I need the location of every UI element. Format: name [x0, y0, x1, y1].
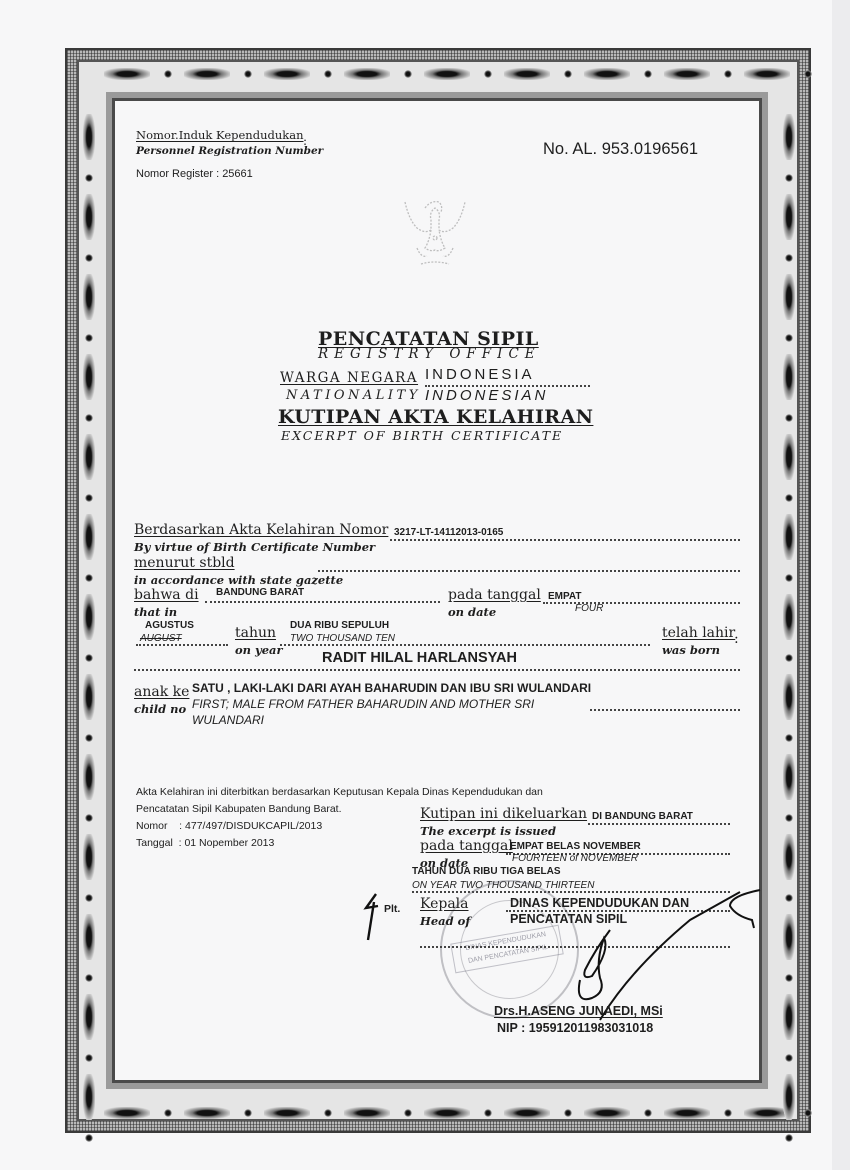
border-ornament	[83, 830, 95, 884]
border-ornament	[180, 68, 234, 80]
border-dot	[324, 70, 332, 78]
page-edge-shadow	[832, 0, 850, 1170]
issued-year-value: TAHUN DUA RIBU TIGA BELAS	[412, 866, 561, 877]
cert-number-label: Berdasarkan Akta Kelahiran Nomor	[134, 522, 388, 538]
border-dot	[324, 1109, 332, 1117]
border-dot	[785, 1054, 793, 1062]
decree-number: Nomor : 477/497/DISDUKCAPIL/2013	[136, 820, 322, 832]
born-colon: :	[734, 631, 739, 647]
nationality-label: WARGA NEGARA	[280, 370, 418, 386]
border-ornament	[83, 510, 95, 564]
border-ornament	[340, 1107, 394, 1119]
border-dot	[85, 1134, 93, 1142]
border-dot	[785, 894, 793, 902]
border-dot	[724, 1109, 732, 1117]
issued-place: DI BANDUNG BARAT	[592, 811, 693, 822]
border-ornament	[580, 1107, 634, 1119]
month-value: AGUSTUS	[145, 620, 194, 631]
place-dots	[205, 601, 440, 603]
border-dot	[724, 70, 732, 78]
border-ornament	[783, 830, 795, 884]
document-title: KUTIPAN AKTA KELAHIRAN	[278, 406, 593, 428]
border-ornament	[420, 68, 474, 80]
child-no-label: anak ke	[134, 684, 189, 700]
border-ornament	[783, 510, 795, 564]
nationality-value-en: INDONESIAN	[425, 387, 548, 404]
cert-number-value: 3217-LT-14112013-0165	[394, 527, 503, 538]
stbld-label-en: in accordance with state gazette	[134, 573, 343, 587]
border-ornament	[783, 750, 795, 804]
border-ornament	[783, 990, 795, 1044]
border-ornament	[260, 1107, 314, 1119]
border-dot	[484, 70, 492, 78]
official-nip: NIP : 195912011983031018	[497, 1021, 653, 1035]
border-ornament	[100, 1107, 154, 1119]
issued-date-value-en: FOURTEEN of NOVEMBER	[512, 853, 638, 864]
issuance-basis-line2: Pencatatan Sipil Kabupaten Bandung Barat…	[136, 803, 342, 815]
registry-office-title-en: REGISTRY OFFICE	[318, 346, 541, 362]
border-dot	[85, 574, 93, 582]
nationality-value: INDONESIA	[425, 366, 535, 383]
border-ornament	[783, 430, 795, 484]
border-ornament	[83, 270, 95, 324]
nik-label-en: Personnel Registration Number	[136, 145, 323, 157]
border-ornament	[420, 1107, 474, 1119]
border-dot	[785, 974, 793, 982]
border-ornament	[783, 190, 795, 244]
border-dot	[244, 70, 252, 78]
place-value: BANDUNG BARAT	[216, 587, 304, 598]
border-dot	[85, 814, 93, 822]
border-ornament	[580, 68, 634, 80]
border-ornament	[83, 590, 95, 644]
stbld-label: menurut stbld	[134, 555, 235, 571]
year-dots	[280, 644, 650, 646]
document-title-en: EXCERPT OF BIRTH CERTIFICATE	[281, 428, 563, 443]
border-ornament	[83, 110, 95, 164]
border-dot	[785, 814, 793, 822]
garuda-emblem-icon	[395, 190, 475, 270]
year-value-en: TWO THOUSAND TEN	[290, 633, 395, 644]
child-no-value: SATU , LAKI-LAKI DARI AYAH BAHARUDIN DAN…	[192, 681, 591, 695]
child-no-value-en-1: FIRST; MALE FROM FATHER BAHARUDIN AND MO…	[192, 697, 534, 711]
border-dot	[785, 654, 793, 662]
border-dot	[244, 1109, 252, 1117]
issuance-basis-line1: Akta Kelahiran ini diterbitkan berdasark…	[136, 786, 543, 798]
border-dot	[85, 734, 93, 742]
child-no-label-en: child no	[134, 702, 186, 716]
place-label-en: that in	[134, 605, 177, 619]
stbld-dots	[318, 570, 740, 572]
border-dot	[564, 70, 572, 78]
register-number: Nomor Register : 25661	[136, 168, 253, 180]
head-label-en: Head of	[420, 914, 470, 928]
border-dot	[785, 1134, 793, 1142]
border-ornament	[83, 750, 95, 804]
border-dot	[85, 494, 93, 502]
border-dot	[785, 574, 793, 582]
place-label: bahwa di	[134, 587, 199, 603]
border-dot	[785, 174, 793, 182]
border-dot	[85, 974, 93, 982]
nik-label: Nomor.Induk Kependudukan	[136, 128, 303, 142]
border-dot	[644, 70, 652, 78]
date-value: EMPAT	[548, 591, 582, 602]
born-label: telah lahir	[662, 625, 735, 641]
border-dot	[164, 70, 172, 78]
border-dot	[804, 70, 812, 78]
plt-label: Plt.	[384, 903, 400, 915]
border-dot	[785, 414, 793, 422]
month-value-en: AUGUST	[140, 633, 182, 644]
cert-number-label-en: By virtue of Birth Certificate Number	[134, 540, 375, 554]
border-dot	[484, 1109, 492, 1117]
border-dot	[85, 254, 93, 262]
issued-label: Kutipan ini dikeluarkan	[420, 806, 587, 822]
child-name-dots	[134, 669, 740, 671]
border-ornament	[100, 68, 154, 80]
border-ornament	[660, 1107, 714, 1119]
issued-date-value: EMPAT BELAS NOVEMBER	[510, 841, 641, 852]
year-label-en: on year	[235, 643, 283, 657]
border-ornament	[83, 910, 95, 964]
border-dot	[804, 1109, 812, 1117]
certificate-number: No. AL. 953.0196561	[543, 140, 698, 159]
plt-mark-icon	[362, 892, 382, 942]
date-dots	[543, 602, 740, 604]
border-dot	[785, 734, 793, 742]
cert-number-dots	[390, 539, 740, 541]
border-ornament	[500, 1107, 554, 1119]
child-no-dots	[590, 709, 740, 711]
border-dot	[564, 1109, 572, 1117]
border-dot	[85, 334, 93, 342]
issued-place-dots	[588, 823, 730, 825]
nik-colon: :	[303, 134, 307, 148]
border-dot	[785, 254, 793, 262]
border-dot	[164, 1109, 172, 1117]
border-dot	[85, 894, 93, 902]
border-dot	[644, 1109, 652, 1117]
date-value-en: FOUR	[575, 603, 603, 614]
date-label: pada tanggal	[448, 587, 541, 603]
border-ornament	[83, 1070, 95, 1124]
child-no-value-en-2: WULANDARI	[192, 713, 264, 727]
border-ornament	[500, 68, 554, 80]
year-value: DUA RIBU SEPULUH	[290, 620, 389, 631]
border-dot	[404, 1109, 412, 1117]
border-ornament	[783, 110, 795, 164]
month-dots	[136, 644, 228, 646]
border-dot	[85, 654, 93, 662]
issued-date-label: pada tanggal	[420, 838, 513, 854]
border-ornament	[740, 68, 794, 80]
border-ornament	[783, 590, 795, 644]
border-ornament	[180, 1107, 234, 1119]
decree-date: Tanggal : 01 Nopember 2013	[136, 837, 274, 849]
date-label-en: on date	[448, 605, 496, 619]
border-dot	[85, 174, 93, 182]
issued-label-en: The excerpt is issued	[420, 824, 556, 838]
child-name: RADIT HILAL HARLANSYAH	[322, 650, 517, 666]
border-ornament	[83, 350, 95, 404]
border-ornament	[783, 670, 795, 724]
head-label: Kepala	[420, 896, 469, 912]
border-ornament	[783, 270, 795, 324]
official-name: Drs.H.ASENG JUNAEDI, MSi	[494, 1004, 663, 1018]
border-ornament	[83, 670, 95, 724]
border-ornament	[83, 990, 95, 1044]
border-ornament	[783, 350, 795, 404]
border-ornament	[260, 68, 314, 80]
year-label: tahun	[235, 625, 276, 641]
born-label-en: was born	[662, 643, 720, 657]
border-ornament	[783, 1070, 795, 1124]
border-ornament	[660, 68, 714, 80]
border-dot	[85, 1054, 93, 1062]
border-ornament	[83, 190, 95, 244]
border-ornament	[783, 910, 795, 964]
border-ornament	[83, 430, 95, 484]
nationality-label-en: NATIONALITY	[286, 388, 421, 403]
border-dot	[785, 334, 793, 342]
border-dot	[85, 414, 93, 422]
border-dot	[404, 70, 412, 78]
border-ornament	[340, 68, 394, 80]
border-dot	[785, 494, 793, 502]
